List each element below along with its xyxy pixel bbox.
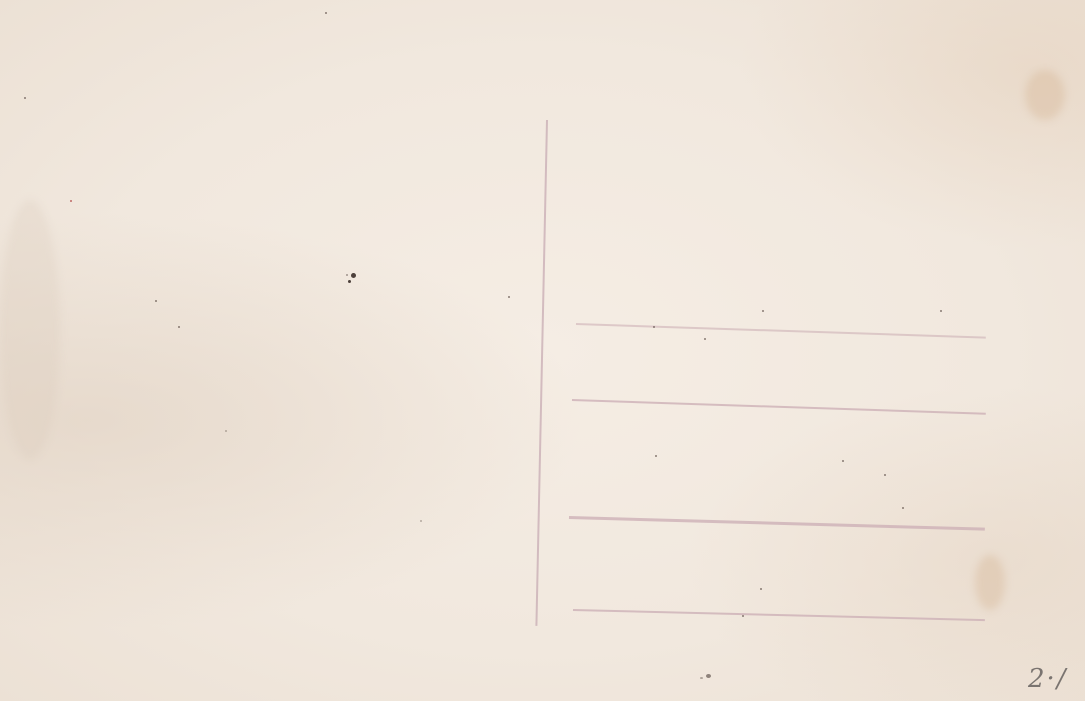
speck [325, 12, 327, 14]
speck [178, 326, 180, 328]
speck [24, 97, 26, 99]
postcard-back: 2·/ [0, 0, 1085, 701]
dirt-mark [700, 674, 714, 688]
speck [653, 326, 655, 328]
address-line-2 [572, 399, 986, 415]
speck [420, 520, 422, 522]
address-line-1 [576, 323, 986, 339]
speck [155, 300, 157, 302]
speck [760, 588, 762, 590]
speck [762, 310, 764, 312]
foxing-stain [975, 555, 1005, 610]
speck [508, 296, 510, 298]
address-line-4 [573, 609, 985, 621]
dirt-mark [346, 272, 360, 286]
pencil-note: 2·/ [1028, 664, 1068, 694]
speck [842, 460, 844, 462]
foxing-stain [0, 200, 60, 460]
foxing-stain [1025, 70, 1065, 120]
center-divider-line [535, 120, 548, 626]
speck [742, 615, 744, 617]
speck [940, 310, 942, 312]
address-line-3 [569, 516, 985, 531]
speck [884, 474, 886, 476]
speck [655, 455, 657, 457]
speck [225, 430, 227, 432]
speck [704, 338, 706, 340]
speck [902, 507, 904, 509]
speck [70, 200, 72, 202]
